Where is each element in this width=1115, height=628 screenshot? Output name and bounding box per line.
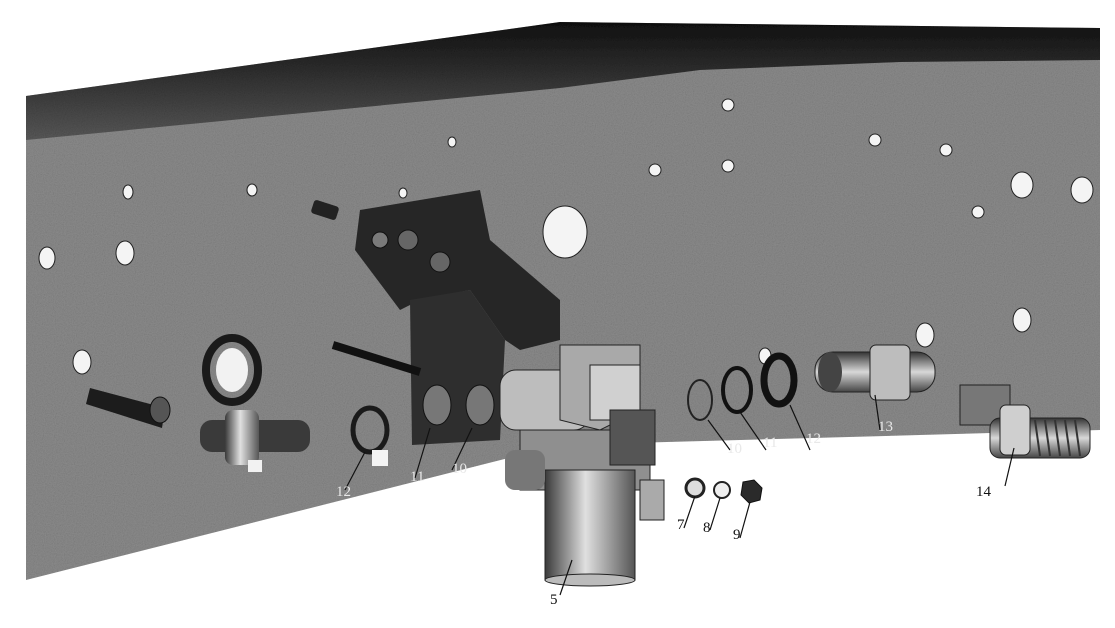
callout-11: 11: [763, 436, 777, 451]
callout-10: 10: [727, 442, 742, 457]
exploded-diagram: 5 7 8 9 10 11 12 13 14 10 11 12: [0, 0, 1115, 628]
callout-8: 8: [703, 521, 711, 536]
callout-14: 14: [976, 485, 991, 500]
diagram-drawing: [0, 0, 1115, 628]
callout-7: 7: [677, 518, 685, 533]
callout-12: 12: [806, 432, 821, 447]
callout-5: 5: [550, 593, 558, 608]
fitting-13: [815, 345, 935, 400]
valve-body: [500, 345, 664, 586]
callout-10-left: 10: [452, 462, 467, 477]
callout-11-left: 11: [410, 470, 424, 485]
callout-12-left: 12: [336, 485, 351, 500]
callout-9: 9: [733, 528, 741, 543]
callout-13: 13: [878, 420, 893, 435]
small-hardware: [686, 479, 762, 503]
